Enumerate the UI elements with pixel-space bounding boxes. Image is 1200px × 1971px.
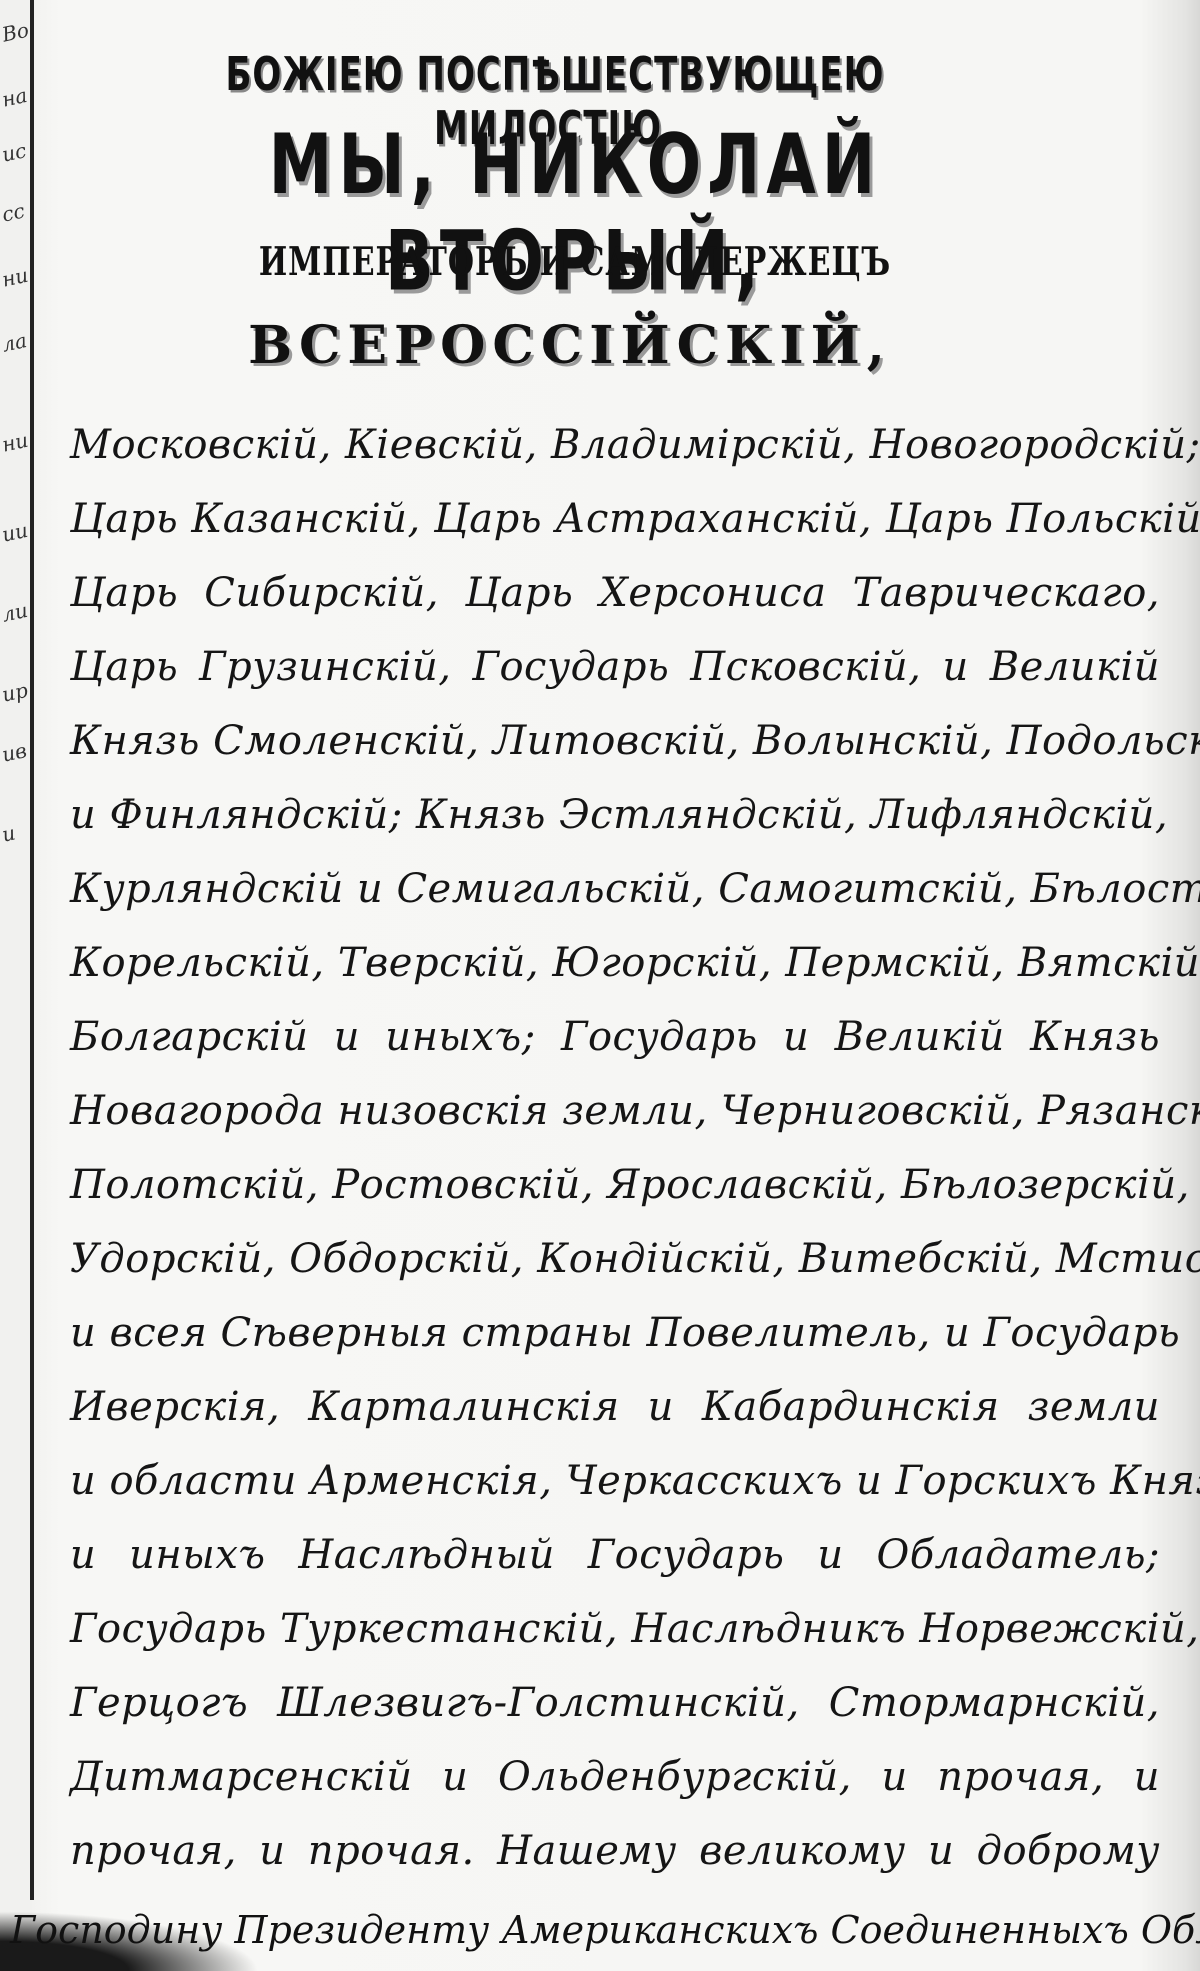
page-edge-rule [30, 0, 34, 1900]
title-line: Дитмарсенскій и Ольденбургскій, и прочая… [70, 1752, 1160, 1802]
margin-fragment: ир [0, 677, 32, 706]
margin-fragment: Во [0, 17, 32, 46]
margin-fragment: сс [0, 197, 32, 226]
title-line: и иныхъ Наслѣдный Государь и Обладатель; [70, 1530, 1160, 1580]
header-emperor-autocrat: ИМПЕРАТОРЪ И САМОДЕРЖЕЦЪ [250, 240, 900, 286]
margin-fragment: ла [0, 327, 32, 356]
left-margin-adjacent-page: Во на ис сс ни ла ни ии ли ир ив и [0, 0, 32, 1971]
title-line: Государь Туркестанскій, Наслѣдникъ Норве… [70, 1604, 1160, 1654]
addressee-line: Господину Президенту Американскихъ Соеди… [10, 1905, 1195, 1955]
margin-fragment: и [0, 817, 32, 846]
title-line: Иверскія, Карталинскія и Кабардинскія зе… [70, 1382, 1160, 1432]
title-line: Удорскій, Обдорскій, Кондійскій, Витебск… [70, 1234, 1160, 1284]
margin-fragment: ни [0, 262, 32, 291]
title-line: Герцогъ Шлезвигъ-Голстинскій, Стормарнск… [70, 1678, 1160, 1728]
title-line: Болгарскій и иныхъ; Государь и Великій К… [70, 1012, 1160, 1062]
title-line: Царь Грузинскій, Государь Псковскій, и В… [70, 642, 1160, 692]
title-line: Князь Смоленскій, Литовскій, Волынскій, … [70, 716, 1160, 766]
title-line: Корельскій, Тверскій, Югорскій, Пермскій… [70, 938, 1160, 988]
title-line: Новагорода низовскія земли, Черниговскій… [70, 1086, 1160, 1136]
document-page: Во на ис сс ни ла ни ии ли ир ив и БОЖІЕ… [0, 0, 1200, 1971]
margin-fragment: ис [0, 137, 32, 166]
margin-fragment: ни [0, 427, 32, 456]
title-line: Курляндскій и Семигальскій, Самогитскій,… [70, 864, 1160, 914]
title-line: Полотскій, Ростовскій, Ярославскій, Бѣло… [70, 1160, 1160, 1210]
title-line: и Финляндскій; Князь Эстляндскій, Лифлян… [70, 790, 1160, 840]
margin-fragment: ив [0, 737, 32, 766]
title-line: Царь Казанскій, Царь Астраханскій, Царь … [70, 494, 1160, 544]
margin-fragment: на [0, 82, 32, 111]
title-line: и области Арменскія, Черкасскихъ и Горск… [70, 1456, 1160, 1506]
title-line: Московскій, Кіевскій, Владимірскій, Ново… [70, 420, 1160, 470]
title-line: прочая, и прочая. Нашему великому и добр… [70, 1826, 1160, 1876]
title-line: Царь Сибирскій, Царь Херсониса Таврическ… [70, 568, 1160, 618]
margin-fragment: ли [0, 597, 32, 626]
header-all-russian: ВСЕРОССІЙСКІЙ, [170, 315, 970, 376]
margin-fragment: ии [0, 517, 32, 546]
title-line: и всея Сѣверныя страны Повелитель, и Гос… [70, 1308, 1160, 1358]
